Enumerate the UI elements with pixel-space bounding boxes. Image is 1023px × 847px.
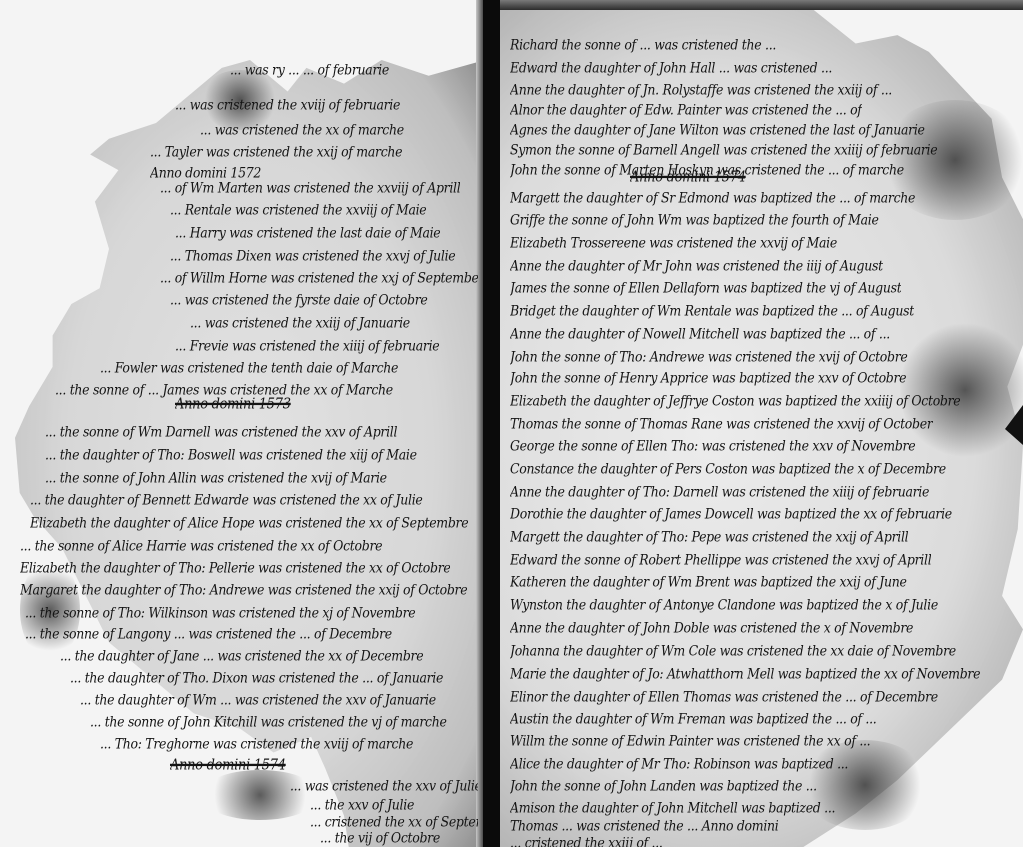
register-entry: ... the daughter of Wm ... was cristened…	[80, 691, 436, 708]
register-entry: ... cristened the xxiij of ...	[510, 834, 663, 847]
dark-stain	[900, 320, 1023, 460]
register-entry: Elizabeth the daughter of Jeffrye Coston…	[510, 392, 960, 409]
register-entry: ... Thomas Dixen was cristened the xxvj …	[170, 247, 455, 264]
register-entry: ... Fowler was cristened the tenth daie …	[100, 359, 398, 376]
register-entry: ... the daughter of Tho: Boswell was cri…	[45, 446, 417, 463]
register-entry: John the sonne of Tho: Andrewe was crist…	[510, 348, 908, 365]
register-entry: ... the sonne of Langony ... was cristen…	[25, 625, 392, 642]
register-entry: Wynston the daughter of Antonye Clandone…	[510, 596, 938, 613]
register-entry: Thomas the sonne of Thomas Rane was cris…	[510, 415, 933, 432]
register-entry: ... the daughter of Tho. Dixon was crist…	[70, 669, 443, 686]
register-entry: Edward the sonne of Robert Phellippe was…	[510, 551, 931, 568]
register-entry: Elinor the daughter of Ellen Thomas was …	[510, 688, 938, 705]
register-entry: Anne the daughter of Tho: Darnell was cr…	[510, 483, 929, 500]
register-entry: Agnes the daughter of Jane Wilton was cr…	[510, 121, 925, 138]
register-entry: Austin the daughter of Wm Freman was bap…	[510, 710, 876, 727]
register-entry: ... Tayler was cristened the xxij of mar…	[150, 143, 402, 160]
year-heading: Anno domini 1574	[170, 757, 286, 774]
register-entry: Griffe the sonne of John Wm was baptized…	[510, 211, 879, 228]
register-entry: ... the daughter of Bennett Edwarde was …	[30, 491, 423, 508]
register-entry: ... the sonne of Wm Darnell was cristene…	[45, 423, 397, 440]
register-entry: Willm the sonne of Edwin Painter was cri…	[510, 732, 870, 749]
register-entry: Katheren the daughter of Wm Brent was ba…	[510, 573, 907, 590]
year-heading: Anno domini 1574	[630, 169, 746, 186]
register-entry: Bridget the daughter of Wm Rentale was b…	[510, 302, 914, 319]
register-entry: ... was cristened the xviij of februarie	[175, 96, 400, 113]
register-entry: ... of Willm Horne was cristened the xxj…	[160, 269, 478, 286]
book-gutter	[483, 0, 500, 847]
register-entry: ... Harry was cristened the last daie of…	[175, 224, 440, 241]
register-entry: ... of Wm Marten was cristened the xxvii…	[160, 179, 460, 196]
register-entry: Richard the sonne of ... was cristened t…	[510, 36, 776, 53]
register-entry: ... the sonne of Tho: Wilkinson was cris…	[25, 604, 415, 621]
register-entry: ... the sonne of Alice Harrie was criste…	[20, 537, 382, 554]
register-entry: ... Tho: Treghorne was cristened the xvi…	[100, 735, 413, 752]
register-entry: ... Frevie was cristened the xiiij of fe…	[175, 337, 439, 354]
register-entry: ... cristened the xx of Septembre	[310, 813, 478, 830]
register-entry: Amison the daughter of John Mitchell was…	[510, 799, 835, 816]
register-entry: Marie the daughter of Jo: Atwhatthorn Me…	[510, 665, 980, 682]
register-entry: John the sonne of John Landen was baptiz…	[510, 777, 817, 794]
register-entry: Elizabeth the daughter of Alice Hope was…	[30, 514, 468, 531]
register-entry: ... the xxv of Julie	[310, 796, 414, 813]
register-entry: Symon the sonne of Barnell Angell was cr…	[510, 141, 937, 158]
register-entry: Anne the daughter of Mr John was cristen…	[510, 257, 883, 274]
register-entry: Elizabeth the daughter of Tho: Pellerie …	[20, 559, 450, 576]
dark-stain	[800, 740, 930, 830]
register-entry: George the sonne of Ellen Tho: was crist…	[510, 437, 915, 454]
register-entry: Margett the daughter of Tho: Pepe was cr…	[510, 528, 908, 545]
register-entry: ... was cristened the xx of marche	[200, 121, 404, 138]
register-entry: Alice the daughter of Mr Tho: Robinson w…	[510, 755, 848, 772]
register-entry: Anne the daughter of John Doble was cris…	[510, 619, 913, 636]
manuscript-spread: ... was ry ... ... of februarie... was c…	[0, 0, 1023, 847]
register-entry: Edward the daughter of John Hall ... was…	[510, 59, 832, 76]
register-entry: Margett the daughter of Sr Edmond was ba…	[510, 189, 915, 206]
page-top-edge	[500, 0, 1023, 10]
register-entry: ... the daughter of Jane ... was cristen…	[60, 647, 423, 664]
register-entry: ... the sonne of John Allin was cristene…	[45, 469, 387, 486]
register-entry: Anne the daughter of Nowell Mitchell was…	[510, 325, 890, 342]
register-entry: Thomas ... was cristened the ... Anno do…	[510, 817, 778, 834]
register-entry: ... was cristened the fyrste daie of Oct…	[170, 291, 428, 308]
register-entry: Margaret the daughter of Tho: Andrewe wa…	[20, 581, 467, 598]
year-heading: Anno domini 1573	[175, 396, 291, 413]
register-entry: ... was cristened the xxiij of Januarie	[190, 314, 410, 331]
register-entry: ... the vij of Octobre	[320, 829, 440, 846]
register-entry: ... the sonne of John Kitchill was crist…	[90, 713, 447, 730]
register-entry: ... was cristened the xxv of Julie	[290, 777, 478, 794]
register-entry: John the sonne of Henry Apprice was bapt…	[510, 369, 906, 386]
register-entry: ... was ry ... ... of februarie	[230, 61, 389, 78]
register-entry: Constance the daughter of Pers Coston wa…	[510, 460, 946, 477]
register-entry: James the sonne of Ellen Dellaforn was b…	[510, 279, 901, 296]
register-entry: ... Rentale was cristened the xxviij of …	[170, 201, 426, 218]
register-entry: Dorothie the daughter of James Dowcell w…	[510, 505, 952, 522]
register-entry: Alnor the daughter of Edw. Painter was c…	[510, 101, 862, 118]
register-entry: Elizabeth Trossereene was cristened the …	[510, 234, 837, 251]
register-entry: Johanna the daughter of Wm Cole was cris…	[510, 642, 956, 659]
register-entry: Anne the daughter of Jn. Rolystaffe was …	[510, 81, 892, 98]
